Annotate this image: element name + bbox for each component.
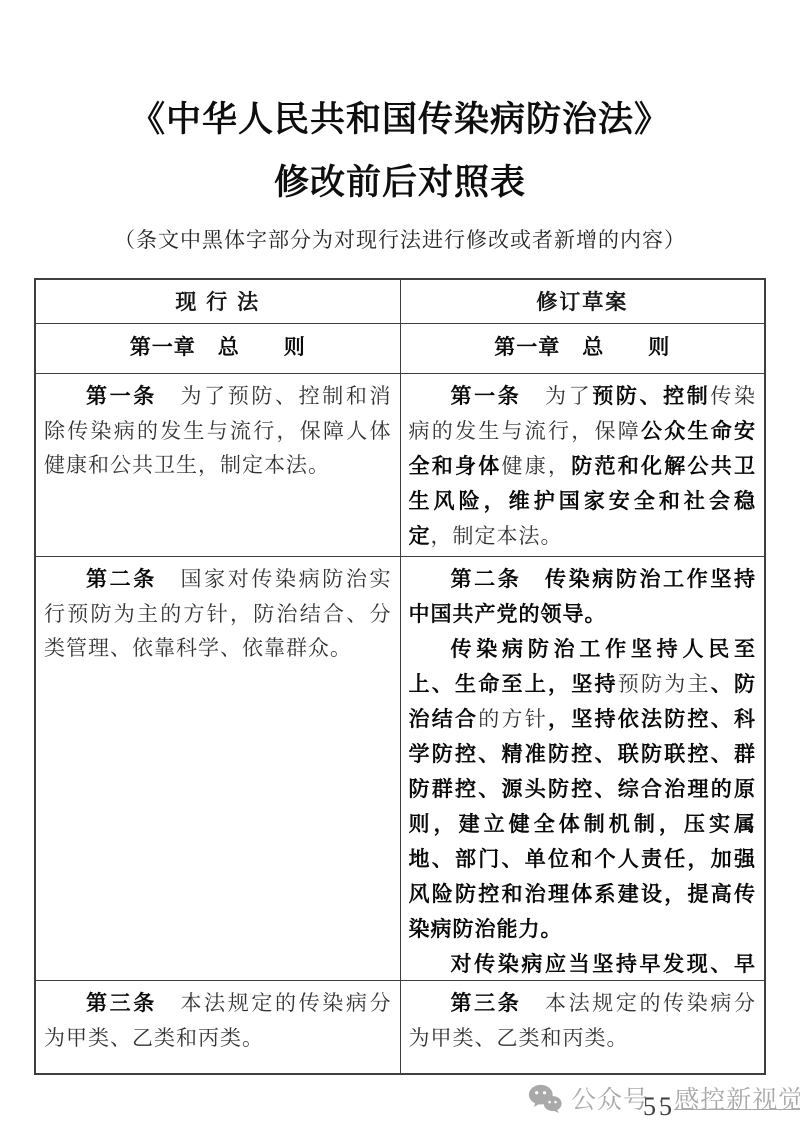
emphasized-text: 第一条 bbox=[451, 385, 522, 408]
wechat-icon bbox=[528, 1084, 562, 1113]
emphasized-text: 对传染病应当坚持早发现、早报告、早隔离、早治疗。 bbox=[409, 953, 757, 975]
article-1-revised-draft-cell: 第一条 为了预防、控制传染病的发生与流行，保障公众生命安全和身体健康，防范和化解… bbox=[400, 373, 765, 556]
paragraph: 第二条 传染病防治工作坚持中国共产党的领导。 bbox=[409, 562, 757, 632]
document-title-line1: 《中华人民共和国传染病防治法》 bbox=[0, 88, 800, 151]
article-2-current-law-text: 第二条 国家对传染病防治实行预防为主的方针，防治结合、分类管理、依靠科学、依靠群… bbox=[44, 562, 392, 975]
article-2-revised-draft-text: 第二条 传染病防治工作坚持中国共产党的领导。传染病防治工作坚持人民至上、生命至上… bbox=[409, 562, 757, 975]
document-subtitle: （条文中黑体字部分为对现行法进行修改或者新增的内容） bbox=[0, 223, 800, 257]
paragraph: 传染病防治工作坚持人民至上、生命至上，坚持预防为主、防治结合的方针，坚持依法防控… bbox=[409, 632, 757, 947]
watermark-text: 公众号 · 感控新视觉 bbox=[571, 1080, 800, 1116]
paragraph: 对传染病应当坚持早发现、早报告、早隔离、早治疗。 bbox=[409, 947, 757, 975]
emphasized-text: ，坚持依法防控、科学防控、精准防控、联防联控、群防群控、源头防控、综合治理的原则… bbox=[409, 708, 757, 941]
paragraph: 第三条 本法规定的传染病分为甲类、乙类和丙类。 bbox=[409, 986, 757, 1055]
paragraph: 第三条 本法规定的传染病分为甲类、乙类和丙类。 bbox=[44, 986, 392, 1055]
article-3-current-law-cell: 第三条 本法规定的传染病分为甲类、乙类和丙类。 bbox=[35, 980, 400, 1074]
emphasized-text: 第二条 传染病防治工作坚持中国共产党的领导。 bbox=[409, 568, 757, 626]
article-1-revised-draft-text: 第一条 为了预防、控制传染病的发生与流行，保障公众生命安全和身体健康，防范和化解… bbox=[409, 379, 757, 551]
body-text: 健康， bbox=[502, 454, 572, 478]
article-1-current-law-cell: 第一条 为了预防、控制和消除传染病的发生与流行，保障人体健康和公共卫生，制定本法… bbox=[35, 373, 400, 556]
page-number: 55 bbox=[643, 1092, 675, 1122]
column-header-revised-draft: 修订草案 bbox=[400, 279, 765, 323]
paragraph: 第二条 国家对传染病防治实行预防为主的方针，防治结合、分类管理、依靠科学、依靠群… bbox=[44, 562, 392, 665]
column-header-current-law: 现 行 法 bbox=[35, 279, 400, 323]
table-header-row: 现 行 法 修订草案 bbox=[35, 279, 765, 323]
document-page: 《中华人民共和国传染病防治法》 修改前后对照表 （条文中黑体字部分为对现行法进行… bbox=[0, 0, 800, 1132]
emphasized-text: 第三条 bbox=[86, 992, 157, 1015]
article-3-revised-draft-text: 第三条 本法规定的传染病分为甲类、乙类和丙类。 bbox=[409, 986, 757, 1068]
body-text: 的方针 bbox=[478, 707, 548, 731]
chapter-cell-right: 第一章 总 则 bbox=[400, 323, 765, 373]
document-title-line2: 修改前后对照表 bbox=[0, 151, 800, 214]
title-block: 《中华人民共和国传染病防治法》 修改前后对照表 （条文中黑体字部分为对现行法进行… bbox=[0, 0, 800, 257]
emphasized-text: 第一章 总 则 bbox=[494, 336, 670, 359]
emphasized-text: 第一条 bbox=[86, 385, 157, 408]
paragraph: 第一章 总 则 bbox=[36, 331, 400, 365]
article-2-current-law-cell: 第二条 国家对传染病防治实行预防为主的方针，防治结合、分类管理、依靠科学、依靠群… bbox=[35, 556, 400, 980]
article-2-revised-draft-cell: 第二条 传染病防治工作坚持中国共产党的领导。传染病防治工作坚持人民至上、生命至上… bbox=[400, 556, 765, 980]
article-2-row: 第二条 国家对传染病防治实行预防为主的方针，防治结合、分类管理、依靠科学、依靠群… bbox=[35, 556, 765, 980]
paragraph: 第一章 总 则 bbox=[401, 331, 765, 365]
paragraph: 第一条 为了预防、控制和消除传染病的发生与流行，保障人体健康和公共卫生，制定本法… bbox=[44, 379, 392, 482]
emphasized-text: 第一章 总 则 bbox=[130, 336, 306, 359]
chapter-cell-left: 第一章 总 则 bbox=[35, 323, 400, 373]
article-3-revised-draft-cell: 第三条 本法规定的传染病分为甲类、乙类和丙类。 bbox=[400, 980, 765, 1074]
article-1-row: 第一条 为了预防、控制和消除传染病的发生与流行，保障人体健康和公共卫生，制定本法… bbox=[35, 373, 765, 556]
body-text: 预防为主 bbox=[618, 672, 711, 696]
watermark-account-name: 感控新视觉 bbox=[674, 1086, 800, 1114]
body-text: 为了 bbox=[521, 384, 592, 408]
paragraph: 第一条 为了预防、控制传染病的发生与流行，保障公众生命安全和身体健康，防范和化解… bbox=[409, 379, 757, 551]
article-3-row: 第三条 本法规定的传染病分为甲类、乙类和丙类。 第三条 本法规定的传染病分为甲类… bbox=[35, 980, 765, 1074]
comparison-table: 现 行 法 修订草案 第一章 总 则 第一章 总 则 第一条 为了预防、控制和消… bbox=[34, 278, 766, 1075]
emphasized-text: 第三条 bbox=[451, 992, 522, 1015]
article-1-current-law-text: 第一条 为了预防、控制和消除传染病的发生与流行，保障人体健康和公共卫生，制定本法… bbox=[44, 379, 392, 551]
chapter-row: 第一章 总 则 第一章 总 则 bbox=[35, 323, 765, 373]
body-text: ，制定本法。 bbox=[431, 524, 563, 548]
emphasized-text: 第二条 bbox=[86, 568, 157, 591]
article-3-current-law-text: 第三条 本法规定的传染病分为甲类、乙类和丙类。 bbox=[44, 986, 392, 1068]
emphasized-text: 预防、控制 bbox=[592, 385, 710, 408]
